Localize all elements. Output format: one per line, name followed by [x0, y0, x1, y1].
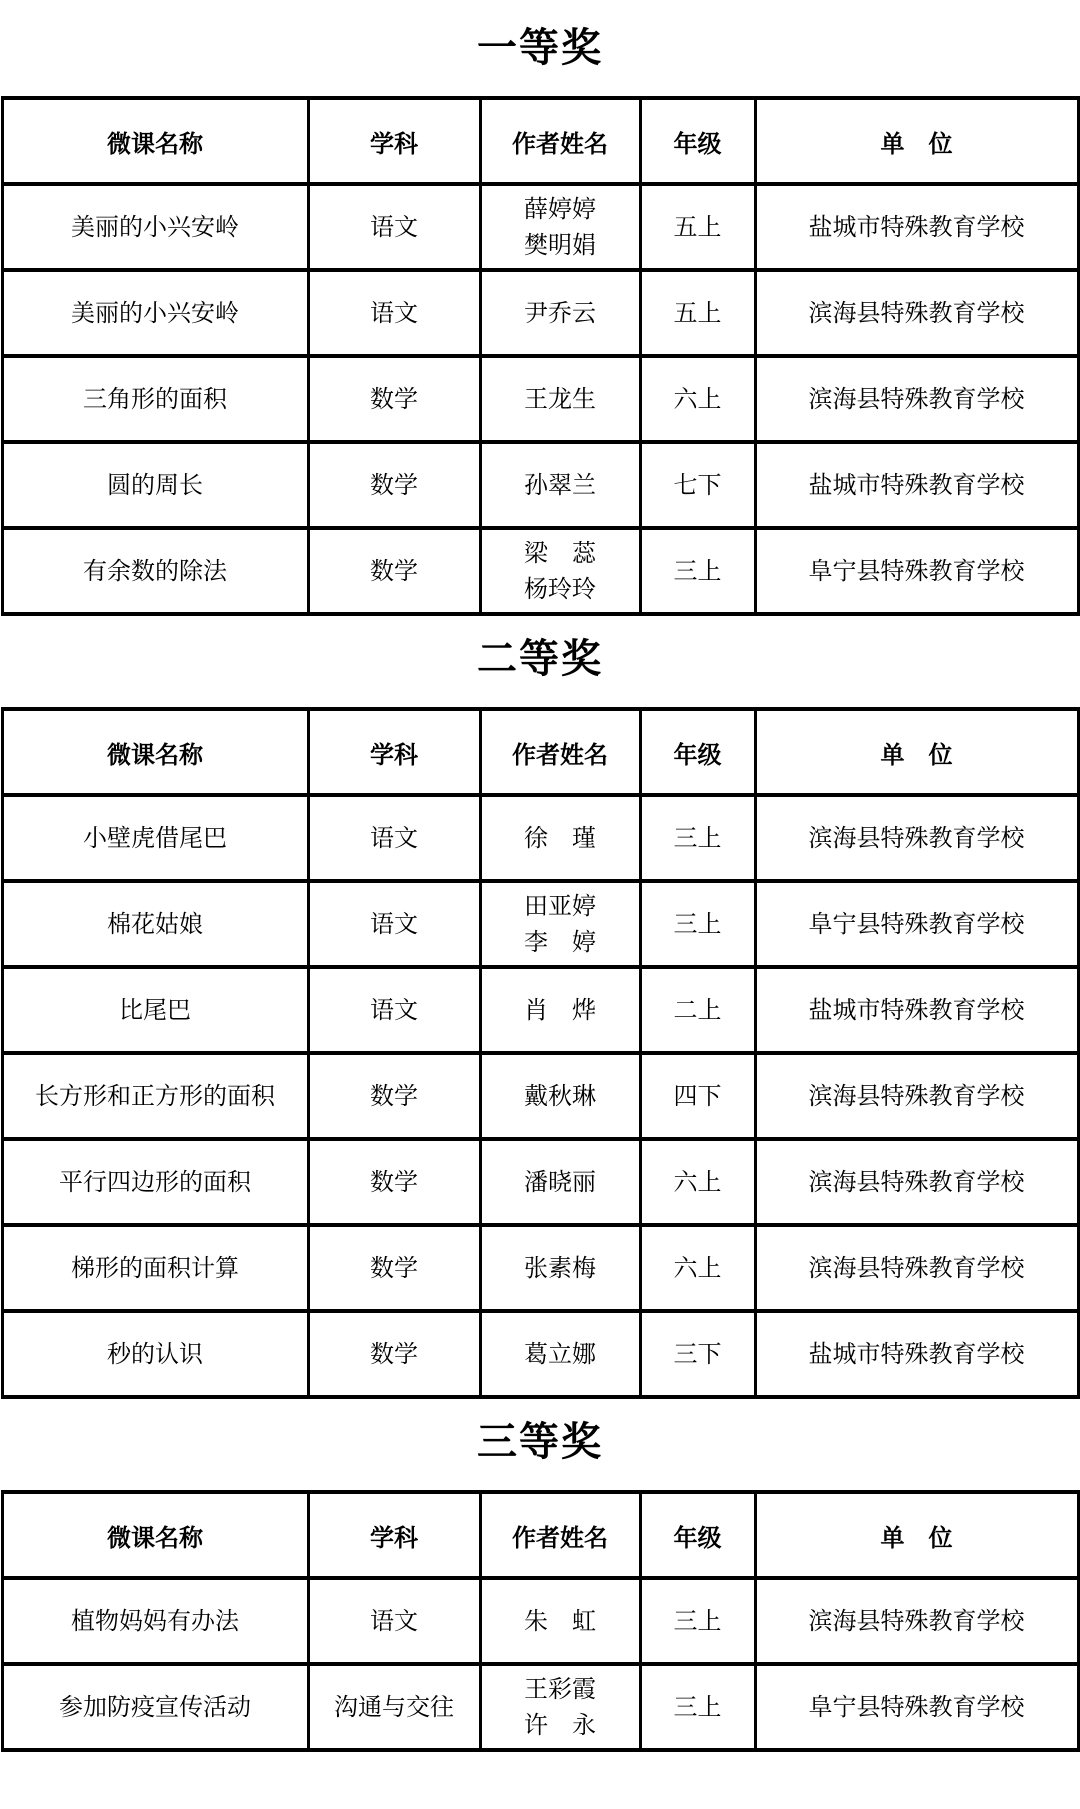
column-header: 学科: [308, 1492, 480, 1578]
cell-author: 薛婷婷 樊明娟: [480, 184, 640, 270]
cell-subject: 数学: [308, 1225, 480, 1311]
cell-organization: 盐城市特殊教育学校: [755, 184, 1078, 270]
cell-organization: 滨海县特殊教育学校: [755, 1578, 1078, 1664]
section-title-first-prize: 一等奖: [0, 22, 1080, 74]
cell-subject: 语文: [308, 1578, 480, 1664]
table-row: 有余数的除法数学梁 蕊 杨玲玲三上阜宁县特殊教育学校: [2, 528, 1078, 614]
cell-subject: 语文: [308, 967, 480, 1053]
cell-course-name: 美丽的小兴安岭: [2, 184, 308, 270]
cell-course-name: 参加防疫宣传活动: [2, 1664, 308, 1750]
cell-grade: 三上: [640, 1664, 755, 1750]
cell-subject: 语文: [308, 184, 480, 270]
cell-subject: 数学: [308, 528, 480, 614]
cell-organization: 盐城市特殊教育学校: [755, 967, 1078, 1053]
cell-organization: 滨海县特殊教育学校: [755, 270, 1078, 356]
table-row: 圆的周长数学孙翠兰七下盐城市特殊教育学校: [2, 442, 1078, 528]
cell-subject: 数学: [308, 442, 480, 528]
cell-grade: 七下: [640, 442, 755, 528]
cell-course-name: 小壁虎借尾巴: [2, 795, 308, 881]
cell-organization: 阜宁县特殊教育学校: [755, 528, 1078, 614]
cell-author: 王龙生: [480, 356, 640, 442]
cell-author: 王彩霞 许 永: [480, 1664, 640, 1750]
column-header: 作者姓名: [480, 1492, 640, 1578]
table-row: 小壁虎借尾巴语文徐 瑾三上滨海县特殊教育学校: [2, 795, 1078, 881]
cell-author: 尹乔云: [480, 270, 640, 356]
cell-course-name: 植物妈妈有办法: [2, 1578, 308, 1664]
cell-subject: 数学: [308, 356, 480, 442]
cell-organization: 阜宁县特殊教育学校: [755, 1664, 1078, 1750]
column-header: 微课名称: [2, 98, 308, 184]
cell-grade: 六上: [640, 1139, 755, 1225]
section-third-prize: 三等奖 微课名称学科作者姓名年级单 位 植物妈妈有办法语文朱 虹三上滨海县特殊教…: [0, 1416, 1080, 1752]
section-first-prize: 一等奖 微课名称学科作者姓名年级单 位 美丽的小兴安岭语文薛婷婷 樊明娟五上盐城…: [0, 22, 1080, 616]
cell-author: 徐 瑾: [480, 795, 640, 881]
page: 一等奖 微课名称学科作者姓名年级单 位 美丽的小兴安岭语文薛婷婷 樊明娟五上盐城…: [0, 0, 1080, 1809]
table-row: 梯形的面积计算数学张素梅六上滨海县特殊教育学校: [2, 1225, 1078, 1311]
cell-grade: 六上: [640, 356, 755, 442]
column-header: 学科: [308, 98, 480, 184]
awards-table-second-prize: 微课名称学科作者姓名年级单 位 小壁虎借尾巴语文徐 瑾三上滨海县特殊教育学校棉花…: [1, 707, 1080, 1399]
cell-subject: 语文: [308, 795, 480, 881]
cell-organization: 盐城市特殊教育学校: [755, 1311, 1078, 1397]
cell-grade: 四下: [640, 1053, 755, 1139]
cell-subject: 语文: [308, 270, 480, 356]
cell-author: 朱 虹: [480, 1578, 640, 1664]
cell-grade: 三上: [640, 795, 755, 881]
column-header: 单 位: [755, 709, 1078, 795]
section-title-third-prize: 三等奖: [0, 1416, 1080, 1468]
cell-grade: 三下: [640, 1311, 755, 1397]
column-header: 年级: [640, 1492, 755, 1578]
header-row: 微课名称学科作者姓名年级单 位: [2, 709, 1078, 795]
cell-subject: 语文: [308, 881, 480, 967]
cell-author: 张素梅: [480, 1225, 640, 1311]
cell-author: 葛立娜: [480, 1311, 640, 1397]
cell-author: 梁 蕊 杨玲玲: [480, 528, 640, 614]
awards-table-third-prize: 微课名称学科作者姓名年级单 位 植物妈妈有办法语文朱 虹三上滨海县特殊教育学校参…: [1, 1490, 1080, 1752]
table-row: 长方形和正方形的面积数学戴秋琳四下滨海县特殊教育学校: [2, 1053, 1078, 1139]
cell-course-name: 棉花姑娘: [2, 881, 308, 967]
column-header: 作者姓名: [480, 98, 640, 184]
cell-course-name: 秒的认识: [2, 1311, 308, 1397]
cell-grade: 三上: [640, 1578, 755, 1664]
cell-course-name: 圆的周长: [2, 442, 308, 528]
cell-grade: 五上: [640, 270, 755, 356]
cell-organization: 滨海县特殊教育学校: [755, 1139, 1078, 1225]
cell-course-name: 美丽的小兴安岭: [2, 270, 308, 356]
column-header: 单 位: [755, 98, 1078, 184]
cell-organization: 滨海县特殊教育学校: [755, 795, 1078, 881]
cell-course-name: 有余数的除法: [2, 528, 308, 614]
cell-organization: 滨海县特殊教育学校: [755, 1225, 1078, 1311]
section-second-prize: 二等奖 微课名称学科作者姓名年级单 位 小壁虎借尾巴语文徐 瑾三上滨海县特殊教育…: [0, 633, 1080, 1399]
cell-grade: 六上: [640, 1225, 755, 1311]
table-row: 参加防疫宣传活动沟通与交往王彩霞 许 永三上阜宁县特殊教育学校: [2, 1664, 1078, 1750]
column-header: 年级: [640, 98, 755, 184]
cell-grade: 三上: [640, 528, 755, 614]
table-row: 比尾巴语文肖 烨二上盐城市特殊教育学校: [2, 967, 1078, 1053]
cell-course-name: 比尾巴: [2, 967, 308, 1053]
cell-organization: 阜宁县特殊教育学校: [755, 881, 1078, 967]
column-header: 学科: [308, 709, 480, 795]
cell-organization: 滨海县特殊教育学校: [755, 356, 1078, 442]
column-header: 微课名称: [2, 1492, 308, 1578]
cell-course-name: 平行四边形的面积: [2, 1139, 308, 1225]
cell-organization: 滨海县特殊教育学校: [755, 1053, 1078, 1139]
cell-course-name: 三角形的面积: [2, 356, 308, 442]
table-row: 棉花姑娘语文田亚婷 李 婷三上阜宁县特殊教育学校: [2, 881, 1078, 967]
header-row: 微课名称学科作者姓名年级单 位: [2, 1492, 1078, 1578]
cell-grade: 三上: [640, 881, 755, 967]
awards-table-first-prize: 微课名称学科作者姓名年级单 位 美丽的小兴安岭语文薛婷婷 樊明娟五上盐城市特殊教…: [1, 96, 1080, 616]
column-header: 年级: [640, 709, 755, 795]
table-row: 平行四边形的面积数学潘晓丽六上滨海县特殊教育学校: [2, 1139, 1078, 1225]
cell-author: 戴秋琳: [480, 1053, 640, 1139]
cell-grade: 五上: [640, 184, 755, 270]
cell-organization: 盐城市特殊教育学校: [755, 442, 1078, 528]
cell-subject: 沟通与交往: [308, 1664, 480, 1750]
cell-author: 孙翠兰: [480, 442, 640, 528]
cell-course-name: 长方形和正方形的面积: [2, 1053, 308, 1139]
cell-grade: 二上: [640, 967, 755, 1053]
table-row: 美丽的小兴安岭语文薛婷婷 樊明娟五上盐城市特殊教育学校: [2, 184, 1078, 270]
cell-course-name: 梯形的面积计算: [2, 1225, 308, 1311]
column-header: 作者姓名: [480, 709, 640, 795]
table-row: 植物妈妈有办法语文朱 虹三上滨海县特殊教育学校: [2, 1578, 1078, 1664]
cell-author: 田亚婷 李 婷: [480, 881, 640, 967]
table-row: 三角形的面积数学王龙生六上滨海县特殊教育学校: [2, 356, 1078, 442]
header-row: 微课名称学科作者姓名年级单 位: [2, 98, 1078, 184]
column-header: 单 位: [755, 1492, 1078, 1578]
cell-subject: 数学: [308, 1053, 480, 1139]
table-row: 美丽的小兴安岭语文尹乔云五上滨海县特殊教育学校: [2, 270, 1078, 356]
cell-author: 潘晓丽: [480, 1139, 640, 1225]
cell-subject: 数学: [308, 1311, 480, 1397]
cell-subject: 数学: [308, 1139, 480, 1225]
column-header: 微课名称: [2, 709, 308, 795]
cell-author: 肖 烨: [480, 967, 640, 1053]
section-title-second-prize: 二等奖: [0, 633, 1080, 685]
table-row: 秒的认识数学葛立娜三下盐城市特殊教育学校: [2, 1311, 1078, 1397]
